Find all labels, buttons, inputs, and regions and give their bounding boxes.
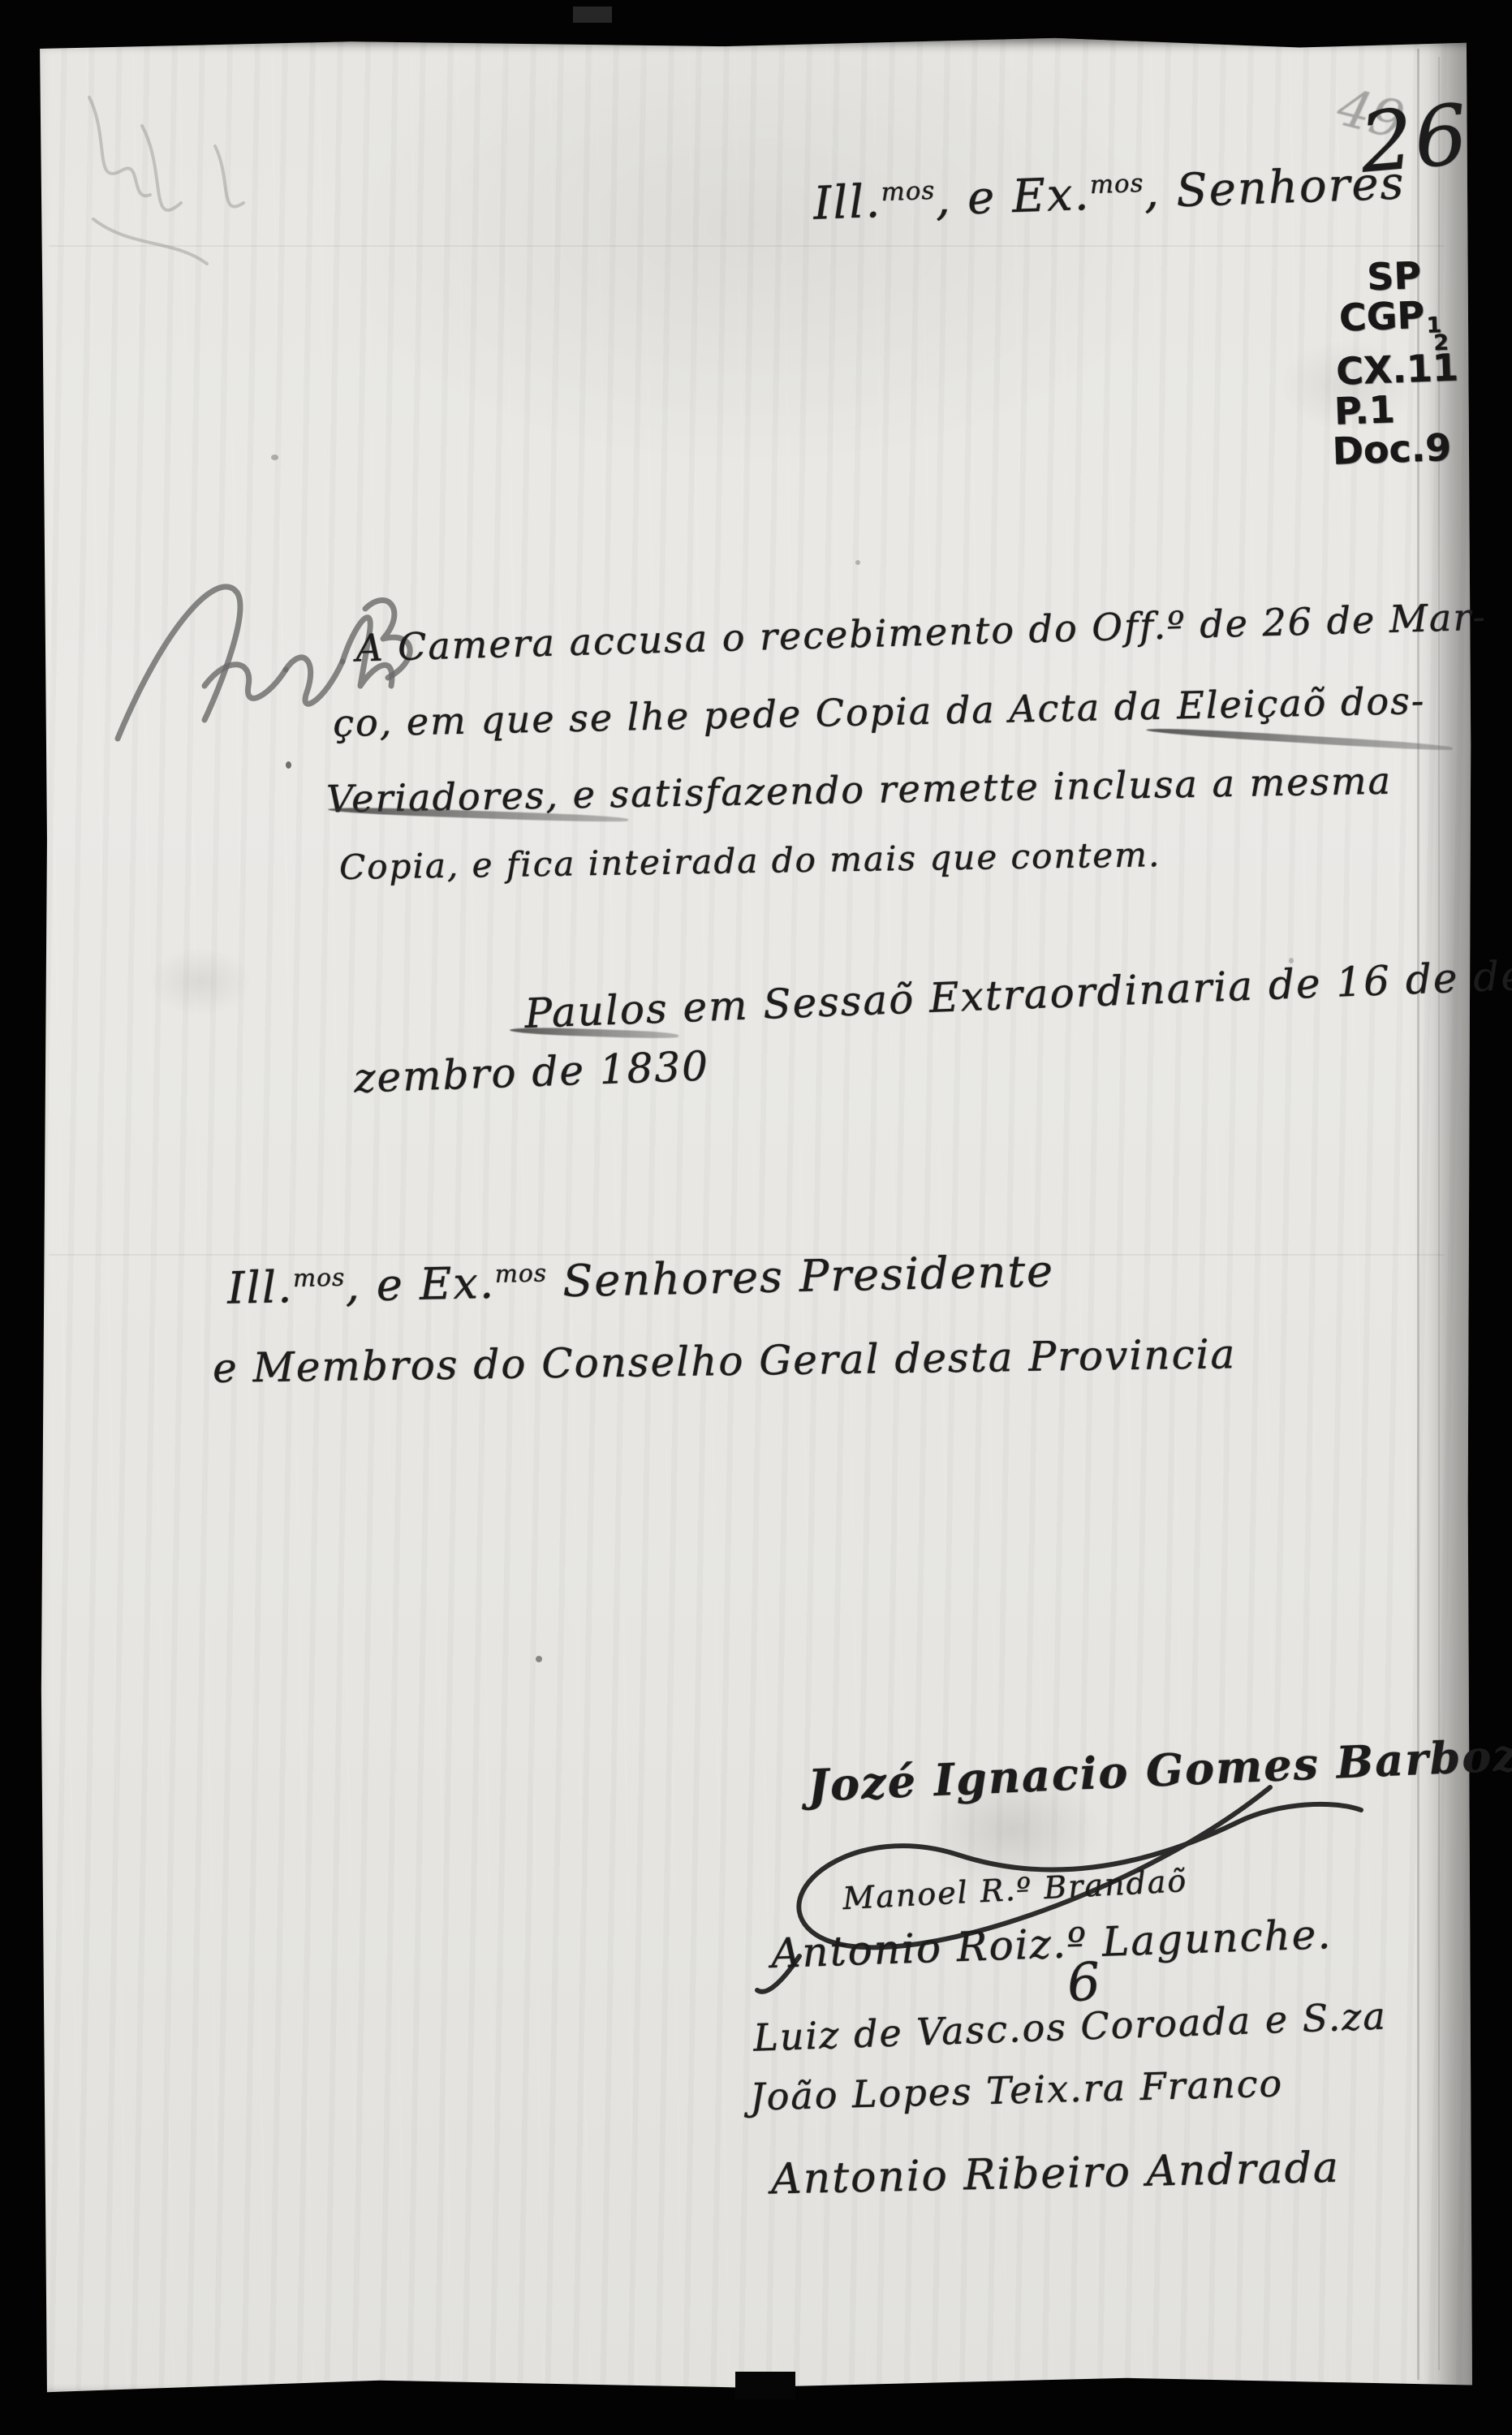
archival-stamp: SP CGP12 CX.11 P.1 Doc.9	[1332, 254, 1462, 470]
scanned-document: 49 26 SP CGP12 CX.11 P.1 Doc.9 Ill.mos, …	[0, 0, 1512, 2435]
scan-artifact-bottom	[735, 2372, 795, 2399]
address-ill-sup: mos	[293, 1264, 346, 1293]
salutation-senhores: , Senhores	[1144, 157, 1406, 218]
stamp-line-cgp: CGP12	[1338, 294, 1458, 351]
salutation-ex-sup: mos	[1089, 169, 1144, 200]
stamp-line-sp: SP	[1366, 254, 1455, 297]
salutation-ex: , e Ex.	[934, 168, 1091, 226]
ink-speck	[855, 560, 860, 565]
ink-speck	[271, 455, 278, 460]
address-ill: Ill.	[226, 1261, 293, 1314]
salutation-ill: Ill.	[812, 175, 882, 231]
stamp-cgp-denominator: 2	[1433, 334, 1449, 353]
body-line-2-underlined: da Eleiçaõ dos-	[1114, 679, 1426, 729]
address-presidente: Senhores Presidente	[546, 1245, 1054, 1307]
address-ex-sup: mos	[494, 1259, 547, 1288]
scan-artifact-top	[573, 6, 612, 23]
pencil-corner-scribble-icon	[45, 81, 288, 268]
dateline-place: Paulos	[523, 985, 669, 1037]
ink-speck	[286, 761, 291, 769]
stamp-line-doc: Doc.9	[1332, 427, 1462, 471]
salutation-ill-sup: mos	[881, 176, 936, 207]
ink-speck	[536, 1656, 542, 1662]
address-ex: , e Ex.	[345, 1257, 496, 1312]
